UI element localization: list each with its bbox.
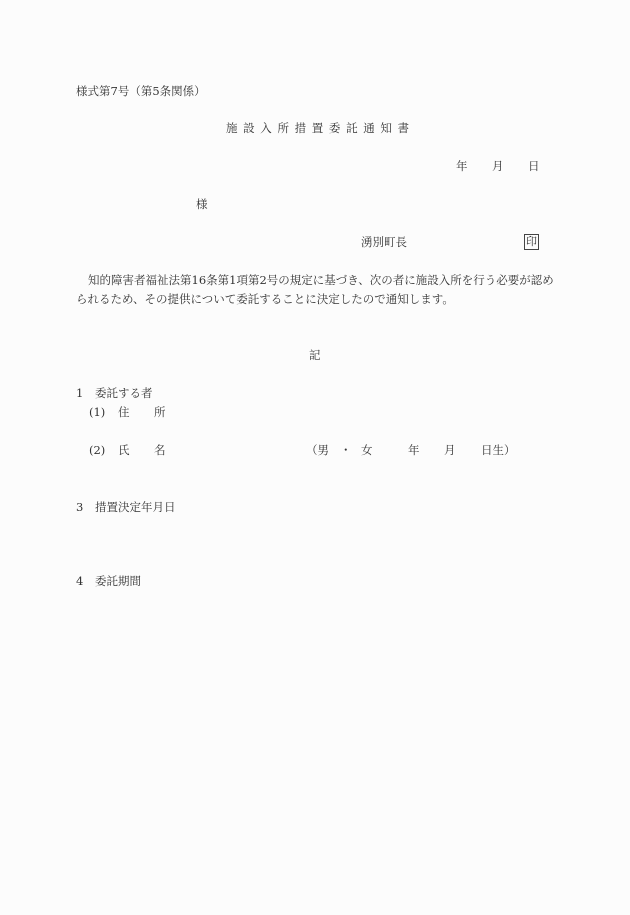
issuer-name: 湧別町長 [361,235,407,249]
item-2-number: (2) [89,443,105,457]
birth-month-label: 月 [444,443,456,457]
section-1-label: 委託する者 [95,386,153,400]
seal-stamp-icon: 印 [524,234,539,250]
item-2-label-a: 氏 [118,443,130,457]
birth-separator: ・ [340,443,352,457]
date-year-label: 年 [456,159,468,173]
addressee-honorific: 様 [196,197,208,211]
date-day-label: 日 [528,159,540,173]
birth-male: （男 [306,443,329,457]
item-1-label-b: 所 [154,405,166,419]
document-title: 施 設 入 所 措 置 委 託 通 知 書 [226,121,410,135]
item-2-label-b: 名 [154,443,166,457]
section-4-label: 委託期間 [95,574,141,588]
section-1-number: 1 [76,386,83,400]
body-paragraph: 知的障害者福祉法第16条第1項第2号の規定に基づき、次の者に施設入所を行う必要が… [76,271,554,309]
ki-heading: 記 [309,348,321,362]
section-3-number: 3 [76,500,83,514]
birth-year-label: 年 [408,443,420,457]
birth-female: 女 [361,443,373,457]
section-3-label: 措置決定年月日 [95,500,176,514]
form-number: 様式第7号（第5条関係） [76,84,206,98]
date-month-label: 月 [492,159,504,173]
item-1-label-a: 住 [118,405,130,419]
birth-day-label: 日生） [481,443,516,457]
section-4-number: 4 [76,574,83,588]
item-1-number: (1) [89,405,105,419]
